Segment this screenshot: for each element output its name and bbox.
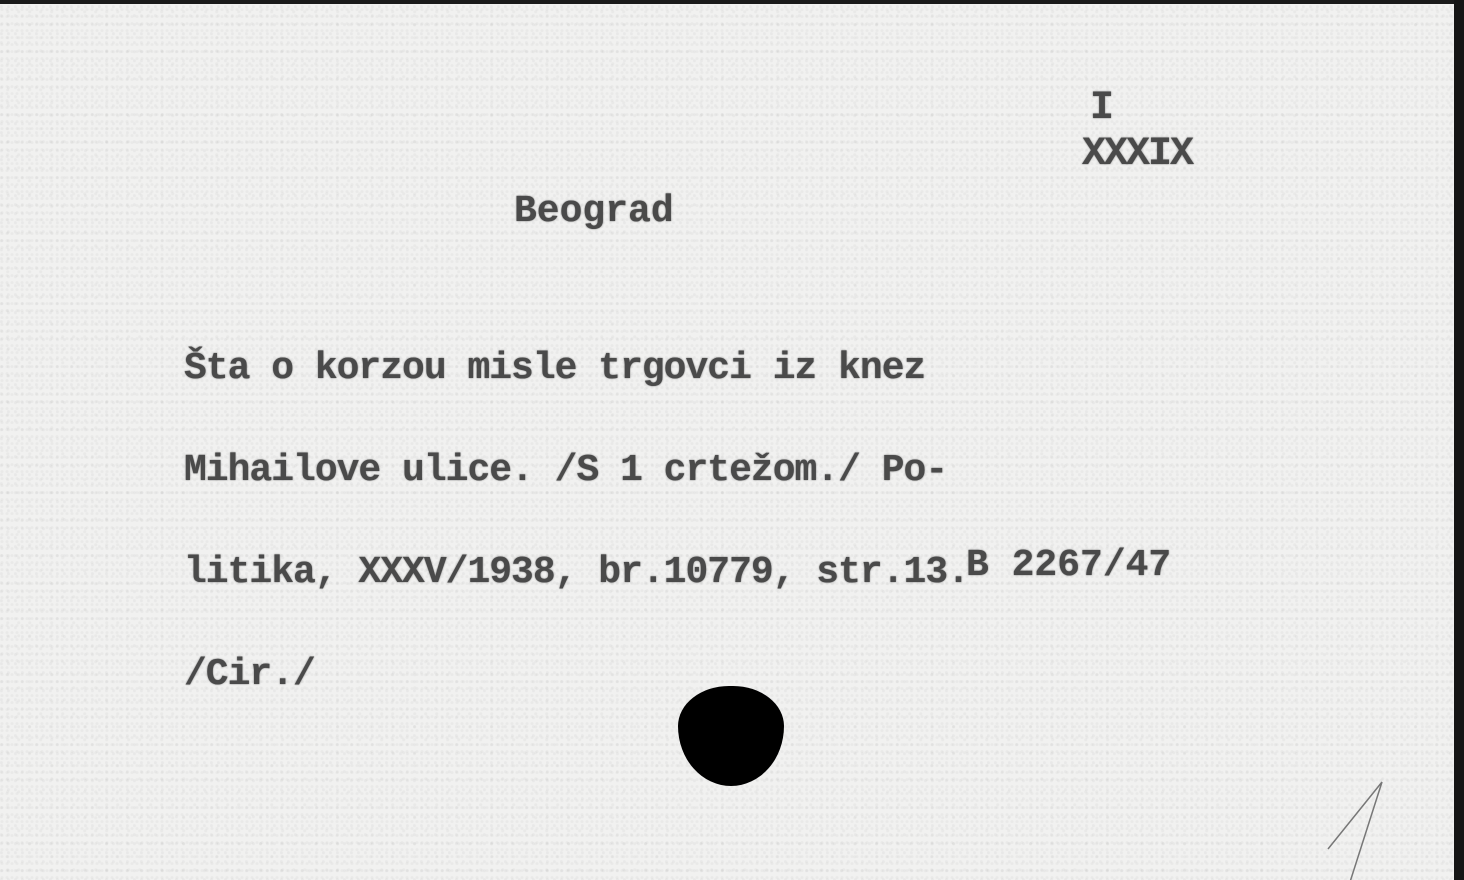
description-line: Šta o korzou misle trgovci iz knez [184, 352, 969, 386]
scan-right-edge [1454, 0, 1464, 880]
description: Šta o korzou misle trgovci iz knez Mihai… [184, 284, 969, 760]
catalog-card: I XXXIX Beograd Šta o korzou misle trgov… [0, 4, 1454, 880]
description-line: /Cir./ [184, 658, 969, 692]
place-heading: Beograd [514, 190, 674, 233]
description-line: litika, XXXV/1938, br.10779, str.13. [184, 556, 969, 590]
shelfmark: B 2267/47 [966, 544, 1171, 587]
punch-hole [678, 686, 784, 786]
signature-section: XXXIX [1082, 132, 1192, 177]
signature-volume: I [1090, 86, 1115, 131]
description-line: Mihailove ulice. /S 1 crtežom./ Po- [184, 454, 969, 488]
pencil-mark-icon [1310, 764, 1390, 880]
